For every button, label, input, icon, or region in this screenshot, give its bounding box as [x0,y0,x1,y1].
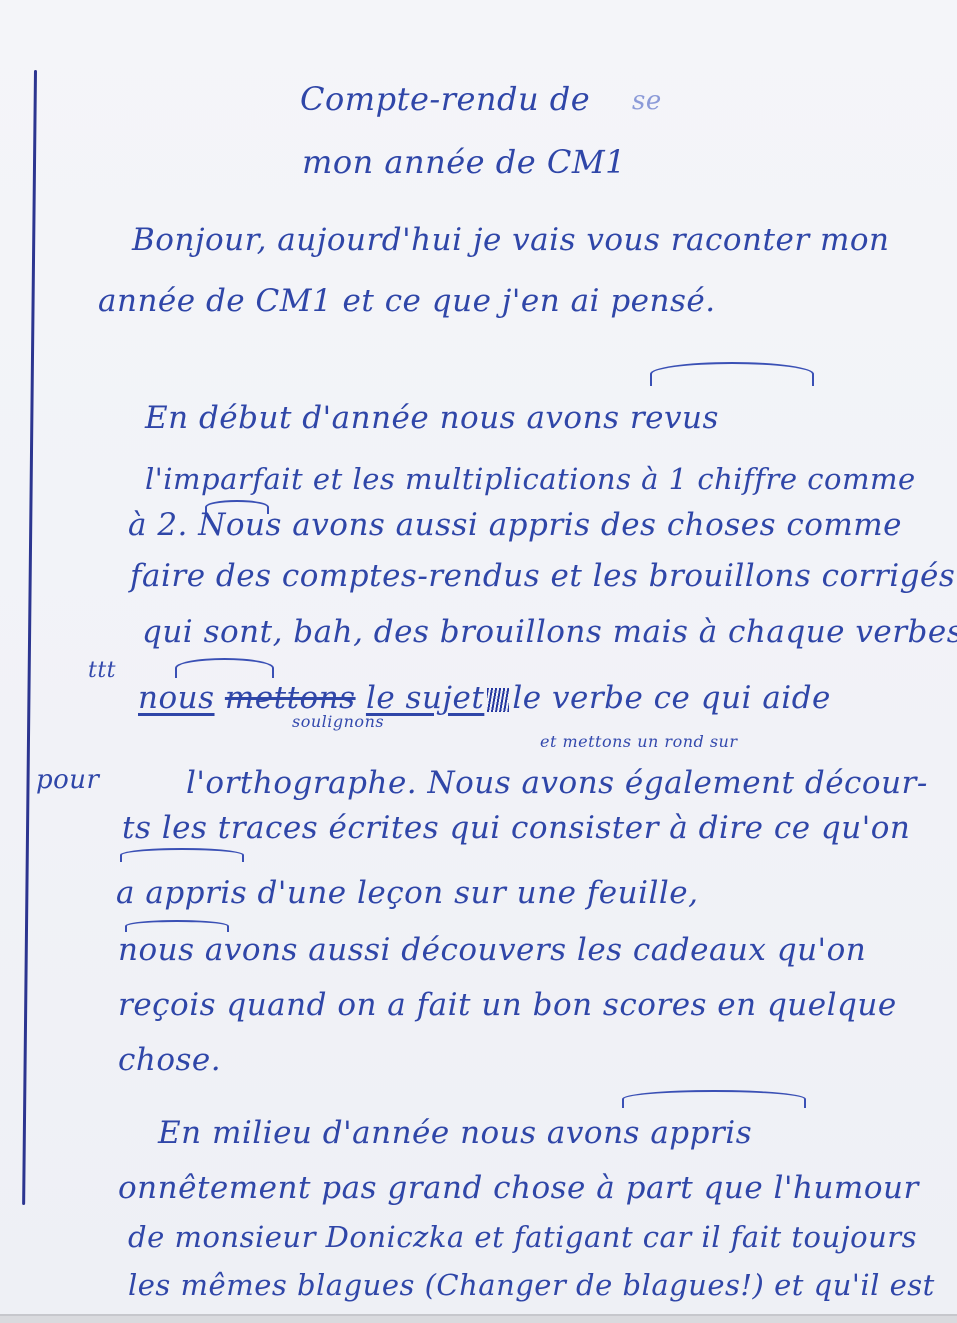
handwritten-page: Compte-rendu de se mon année de CM1 Bonj… [0,0,957,1314]
word-sujet: le sujet [366,680,484,716]
correction-arrow [622,1090,806,1108]
text-line-16: onnêtement pas grand chose à part que l'… [118,1170,919,1206]
struck-word: mettons [225,680,356,716]
text-line-2: année de CM1 et ce que j'en ai pensé. [98,283,716,319]
text-line-9: l'orthographe. Nous avons également déco… [186,765,928,801]
text-line-7: qui sont, bah, des brouillons mais à cha… [142,614,957,650]
text-line-18: les mêmes blagues (Changer de blagues!) … [128,1268,935,1302]
text-line-4: l'imparfait et les multiplications à 1 c… [145,462,916,496]
inserted-note-soulignons: soulignons [292,712,384,731]
correction-arrow [175,658,274,678]
title-line-2: mon année de CM1 [302,143,626,181]
title-text-1: Compte-rendu de [300,80,590,118]
text-line-13: reçois quand on a fait un bon scores en … [118,987,897,1023]
text-line-5: à 2. Nous avons aussi appris des choses … [128,507,902,543]
margin-line [22,70,37,1205]
text-line-15: En milieu d'année nous avons appris [158,1115,752,1151]
text-line-17: de monsieur Doniczka et fatigant car il … [128,1220,917,1254]
text-rest: le verbe ce qui aide [512,680,831,716]
title-line-1: Compte-rendu de [300,80,590,118]
text-line-6: faire des comptes-rendus et les brouillo… [130,558,955,594]
text-line-10: ts les traces écrites qui consister à di… [122,810,910,846]
page-bottom-edge [0,1314,957,1323]
text-line-1: Bonjour, aujourd'hui je vais vous racont… [132,222,890,258]
margin-word-pour: pour [36,765,99,795]
inserted-note-mettons: et mettons un rond sur [540,732,738,751]
margin-scribble: ttt [88,658,116,683]
text-line-8: nous mettons le sujetle verbe ce qui aid… [138,680,831,716]
text-line-11: a appris d'une leçon sur une feuille, [116,875,699,911]
correction-arrow [125,920,229,932]
correction-arrow [120,848,244,862]
word-nous: nous [138,680,215,716]
correction-arrow [650,362,814,386]
faint-correction: se [632,86,662,116]
text-line-12: nous avons aussi découvers les cadeaux q… [118,932,866,968]
scribble-mark [487,688,509,712]
text-line-3: En début d'année nous avons revus [145,400,719,436]
text-line-14: chose. [118,1042,221,1078]
